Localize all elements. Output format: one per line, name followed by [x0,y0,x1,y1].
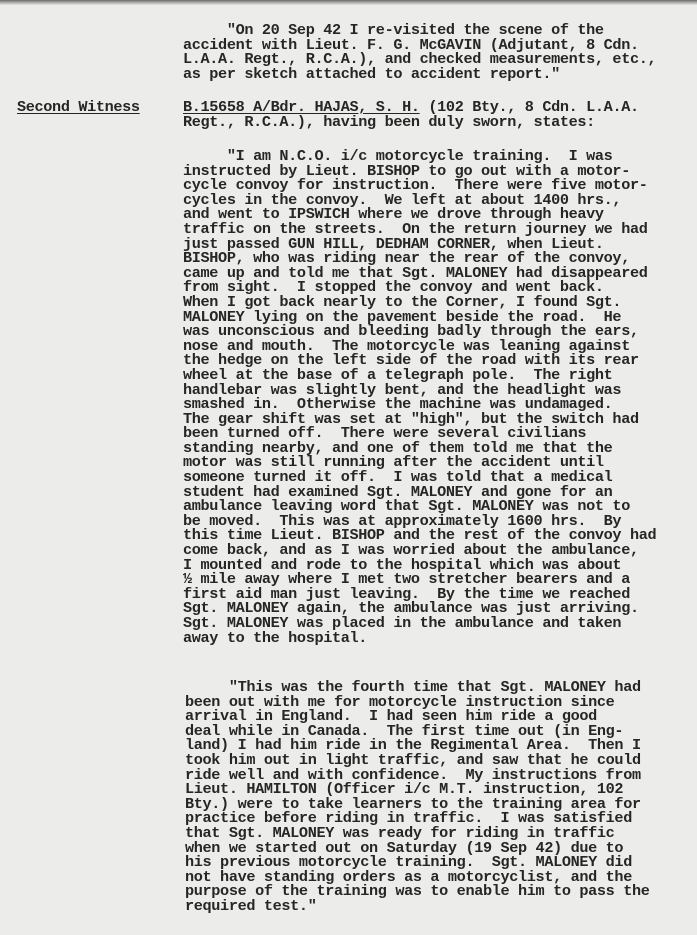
section-label-second-witness: Second Witness [17,100,140,115]
text-line: required test." [185,899,650,914]
statement-paragraph-2: "This was the fourth time that Sgt. MALO… [185,680,650,914]
text-line: away to the hospital. [183,631,656,646]
text-line: as per sketch attached to accident repor… [183,67,656,82]
intro-paragraph: "On 20 Sep 42 I re-visited the scene of … [183,23,656,81]
witness-sworn-line: Regt., R.C.A.), having been duly sworn, … [183,115,639,130]
typewritten-page: "On 20 Sep 42 I re-visited the scene of … [0,0,697,935]
statement-paragraph-1: "I am N.C.O. i/c motorcycle training. I … [183,149,656,645]
witness-heading: B.15658 A/Bdr. HAJAS, S. H. (102 Bty., 8… [183,100,639,129]
